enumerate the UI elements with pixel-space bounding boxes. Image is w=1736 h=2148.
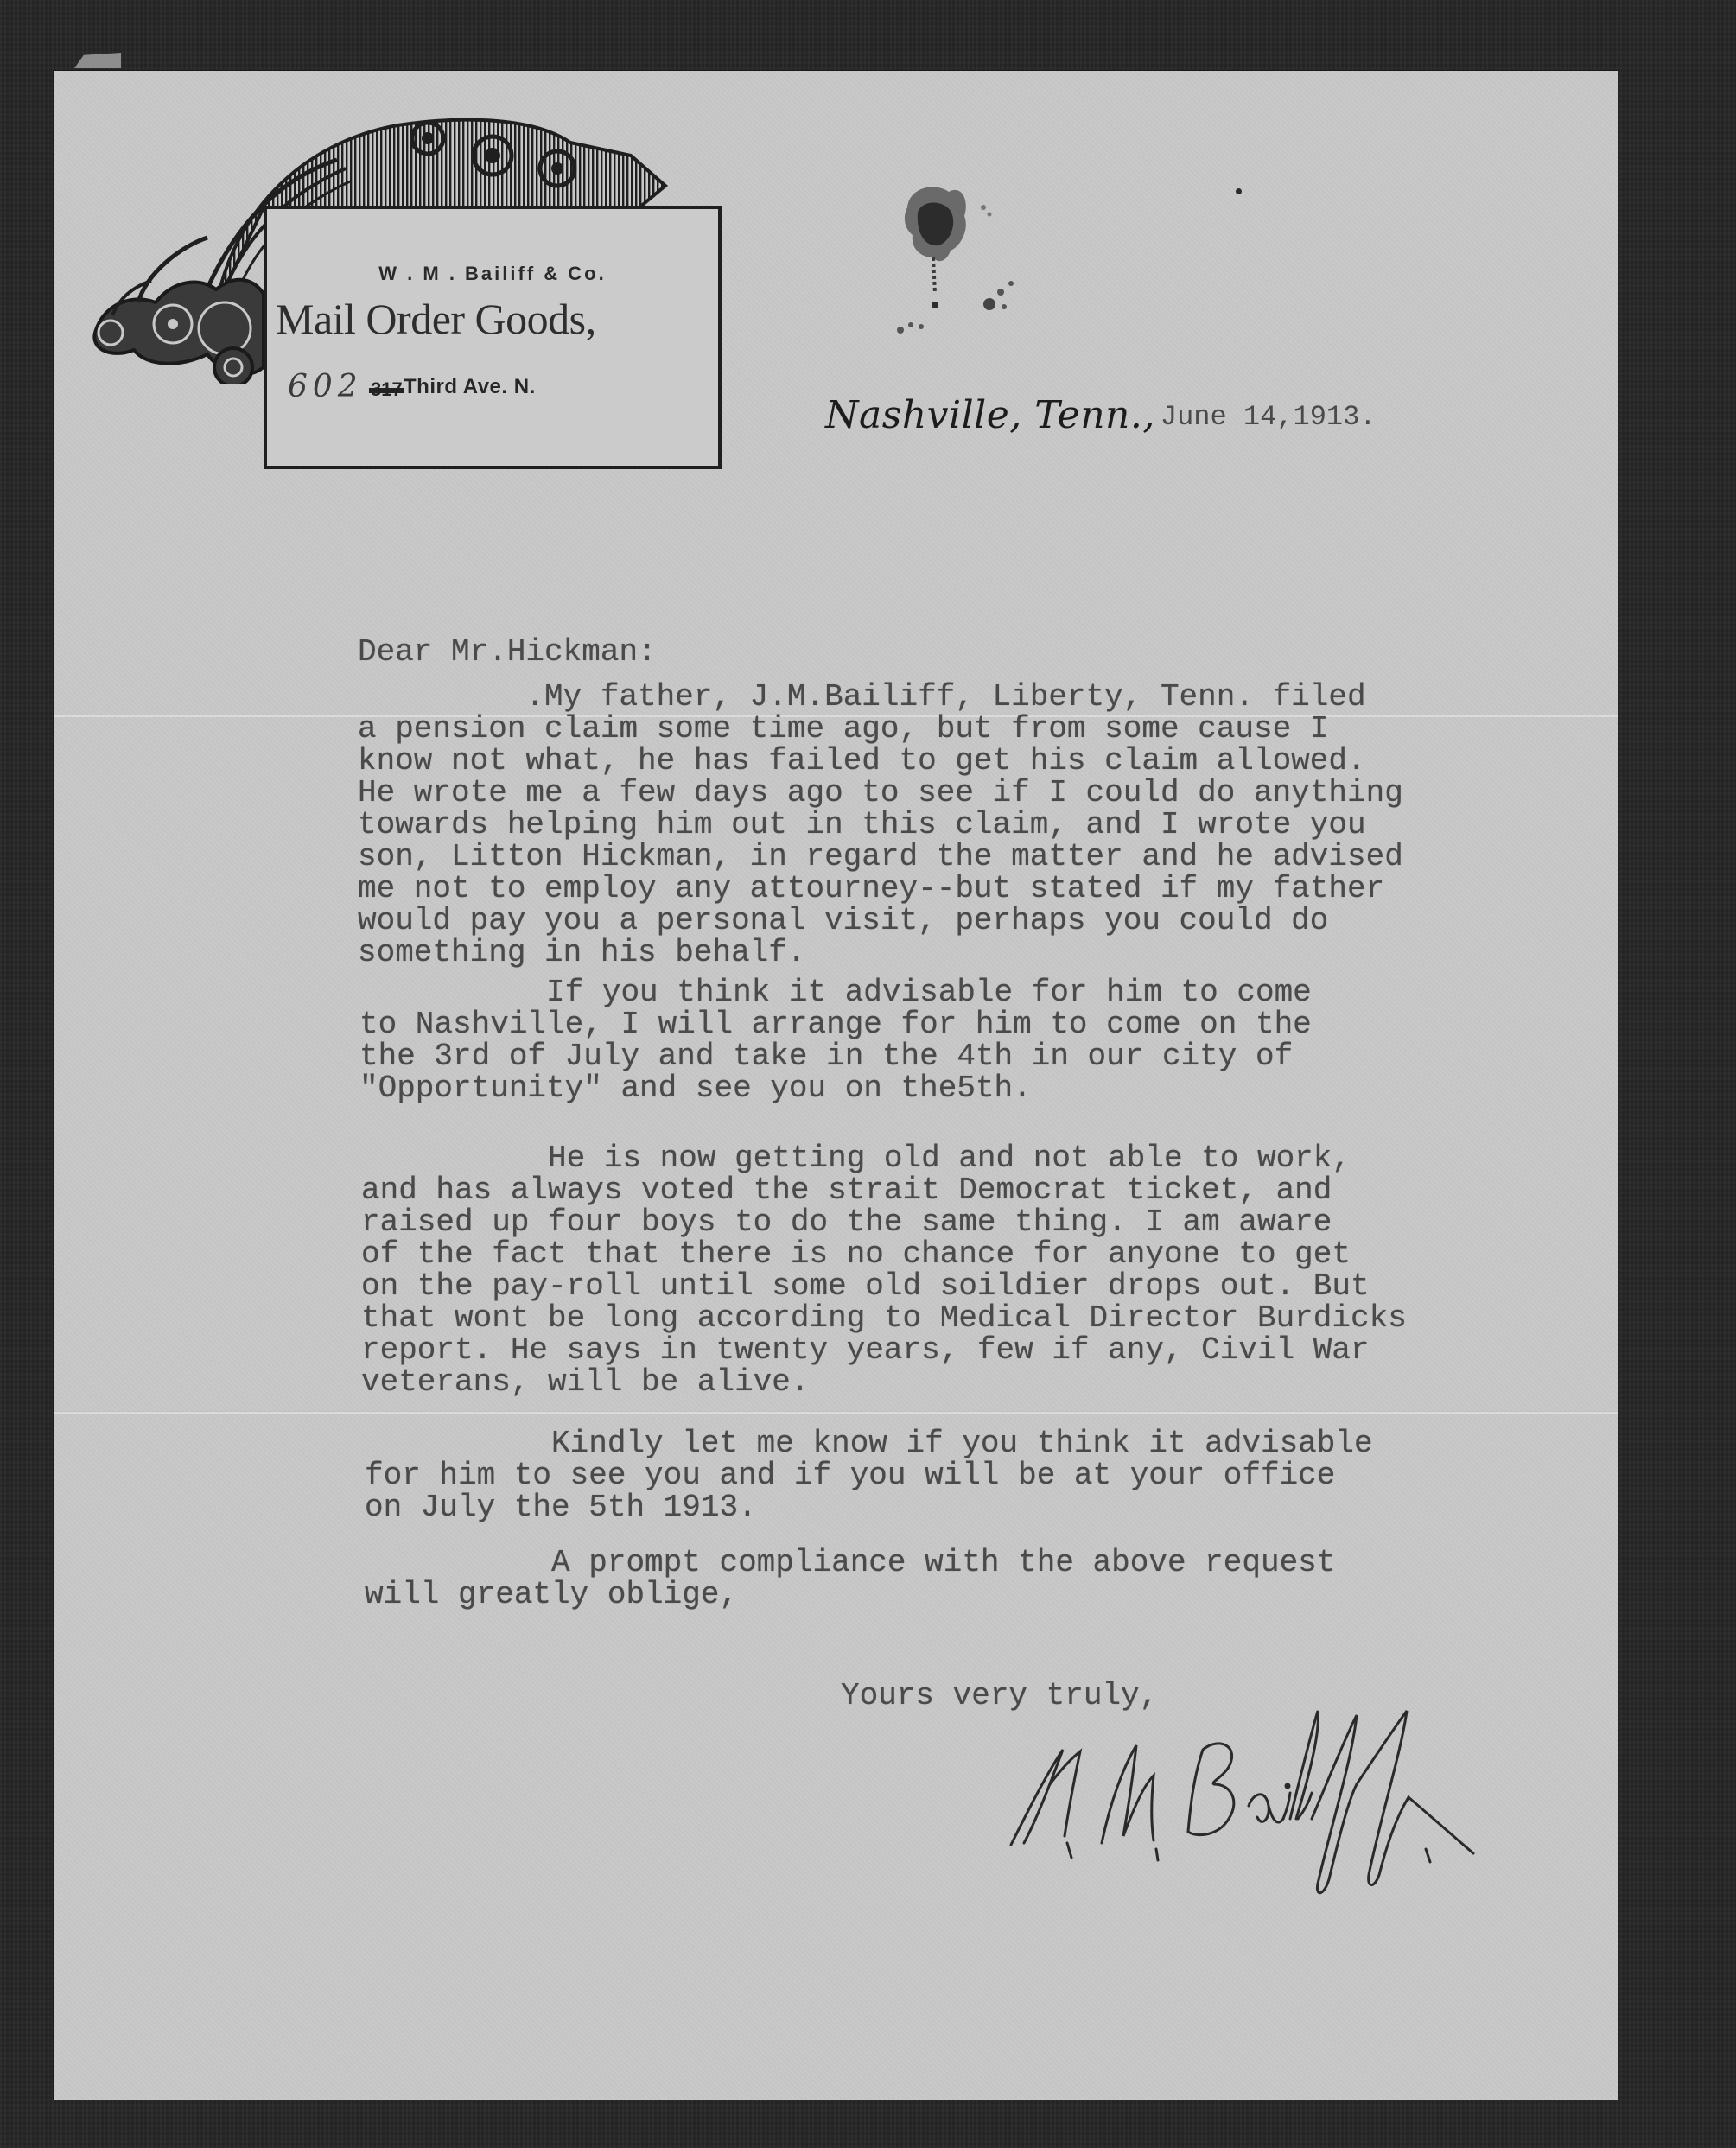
text-line: would pay you a personal visit, perhaps … bbox=[358, 905, 1403, 937]
paragraph-1: .My father, J.M.Bailiff, Liberty, Tenn. … bbox=[358, 681, 1403, 969]
dateline-place: Nashville, Tenn., bbox=[825, 393, 1155, 437]
fold-line bbox=[54, 1411, 1618, 1414]
text-line: know not what, he has failed to get his … bbox=[358, 745, 1403, 777]
text-line: to Nashville, I will arrange for him to … bbox=[359, 1008, 1312, 1040]
paragraph-5: A prompt compliance with the above reque… bbox=[365, 1547, 1335, 1611]
text-line: veterans, will be alive. bbox=[361, 1366, 1407, 1398]
text-line: He wrote me a few days ago to see if I c… bbox=[358, 777, 1403, 809]
text-line: raised up four boys to do the same thing… bbox=[361, 1206, 1407, 1238]
text-line: If you think it advisable for him to com… bbox=[359, 976, 1312, 1008]
text-line: .My father, J.M.Bailiff, Liberty, Tenn. … bbox=[358, 681, 1403, 713]
text-line: A prompt compliance with the above reque… bbox=[365, 1547, 1335, 1579]
text-line: son, Litton Hickman, in regard the matte… bbox=[358, 841, 1403, 873]
salutation: Dear Mr.Hickman: bbox=[358, 636, 657, 668]
ink-blot-icon bbox=[890, 181, 1028, 337]
text-line: Kindly let me know if you think it advis… bbox=[365, 1427, 1373, 1459]
text-line: a pension claim some time ago, but from … bbox=[358, 713, 1403, 745]
text-line: something in his behalf. bbox=[358, 937, 1403, 969]
dateline: Nashville, Tenn.,June 14,1913. bbox=[825, 393, 1377, 437]
text-line: me not to employ any attourney--but stat… bbox=[358, 873, 1403, 905]
signature: W. M. Bailiff. bbox=[1002, 1706, 1538, 1905]
paragraph-2: If you think it advisable for him to com… bbox=[359, 976, 1312, 1104]
paragraph-3: He is now getting old and not able to wo… bbox=[361, 1142, 1407, 1398]
text-line: He is now getting old and not able to wo… bbox=[361, 1142, 1407, 1174]
text-line: and has always voted the strait Democrat… bbox=[361, 1174, 1407, 1206]
dateline-date: June 14,1913. bbox=[1161, 401, 1377, 433]
text-line: on July the 5th 1913. bbox=[365, 1491, 1373, 1523]
text-line: will greatly oblige, bbox=[365, 1579, 1335, 1611]
text-line: that wont be long according to Medical D… bbox=[361, 1302, 1407, 1334]
ink-dot bbox=[1236, 188, 1242, 194]
text-line: on the pay-roll until some old soildier … bbox=[361, 1270, 1407, 1302]
text-line: the 3rd of July and take in the 4th in o… bbox=[359, 1040, 1312, 1072]
text-line: for him to see you and if you will be at… bbox=[365, 1459, 1373, 1491]
text-line: towards helping him out in this claim, a… bbox=[358, 809, 1403, 841]
paragraph-4: Kindly let me know if you think it advis… bbox=[365, 1427, 1373, 1523]
text-line: of the fact that there is no chance for … bbox=[361, 1238, 1407, 1270]
text-line: report. He says in twenty years, few if … bbox=[361, 1334, 1407, 1366]
text-line: "Opportunity" and see you on the5th. bbox=[359, 1072, 1312, 1104]
